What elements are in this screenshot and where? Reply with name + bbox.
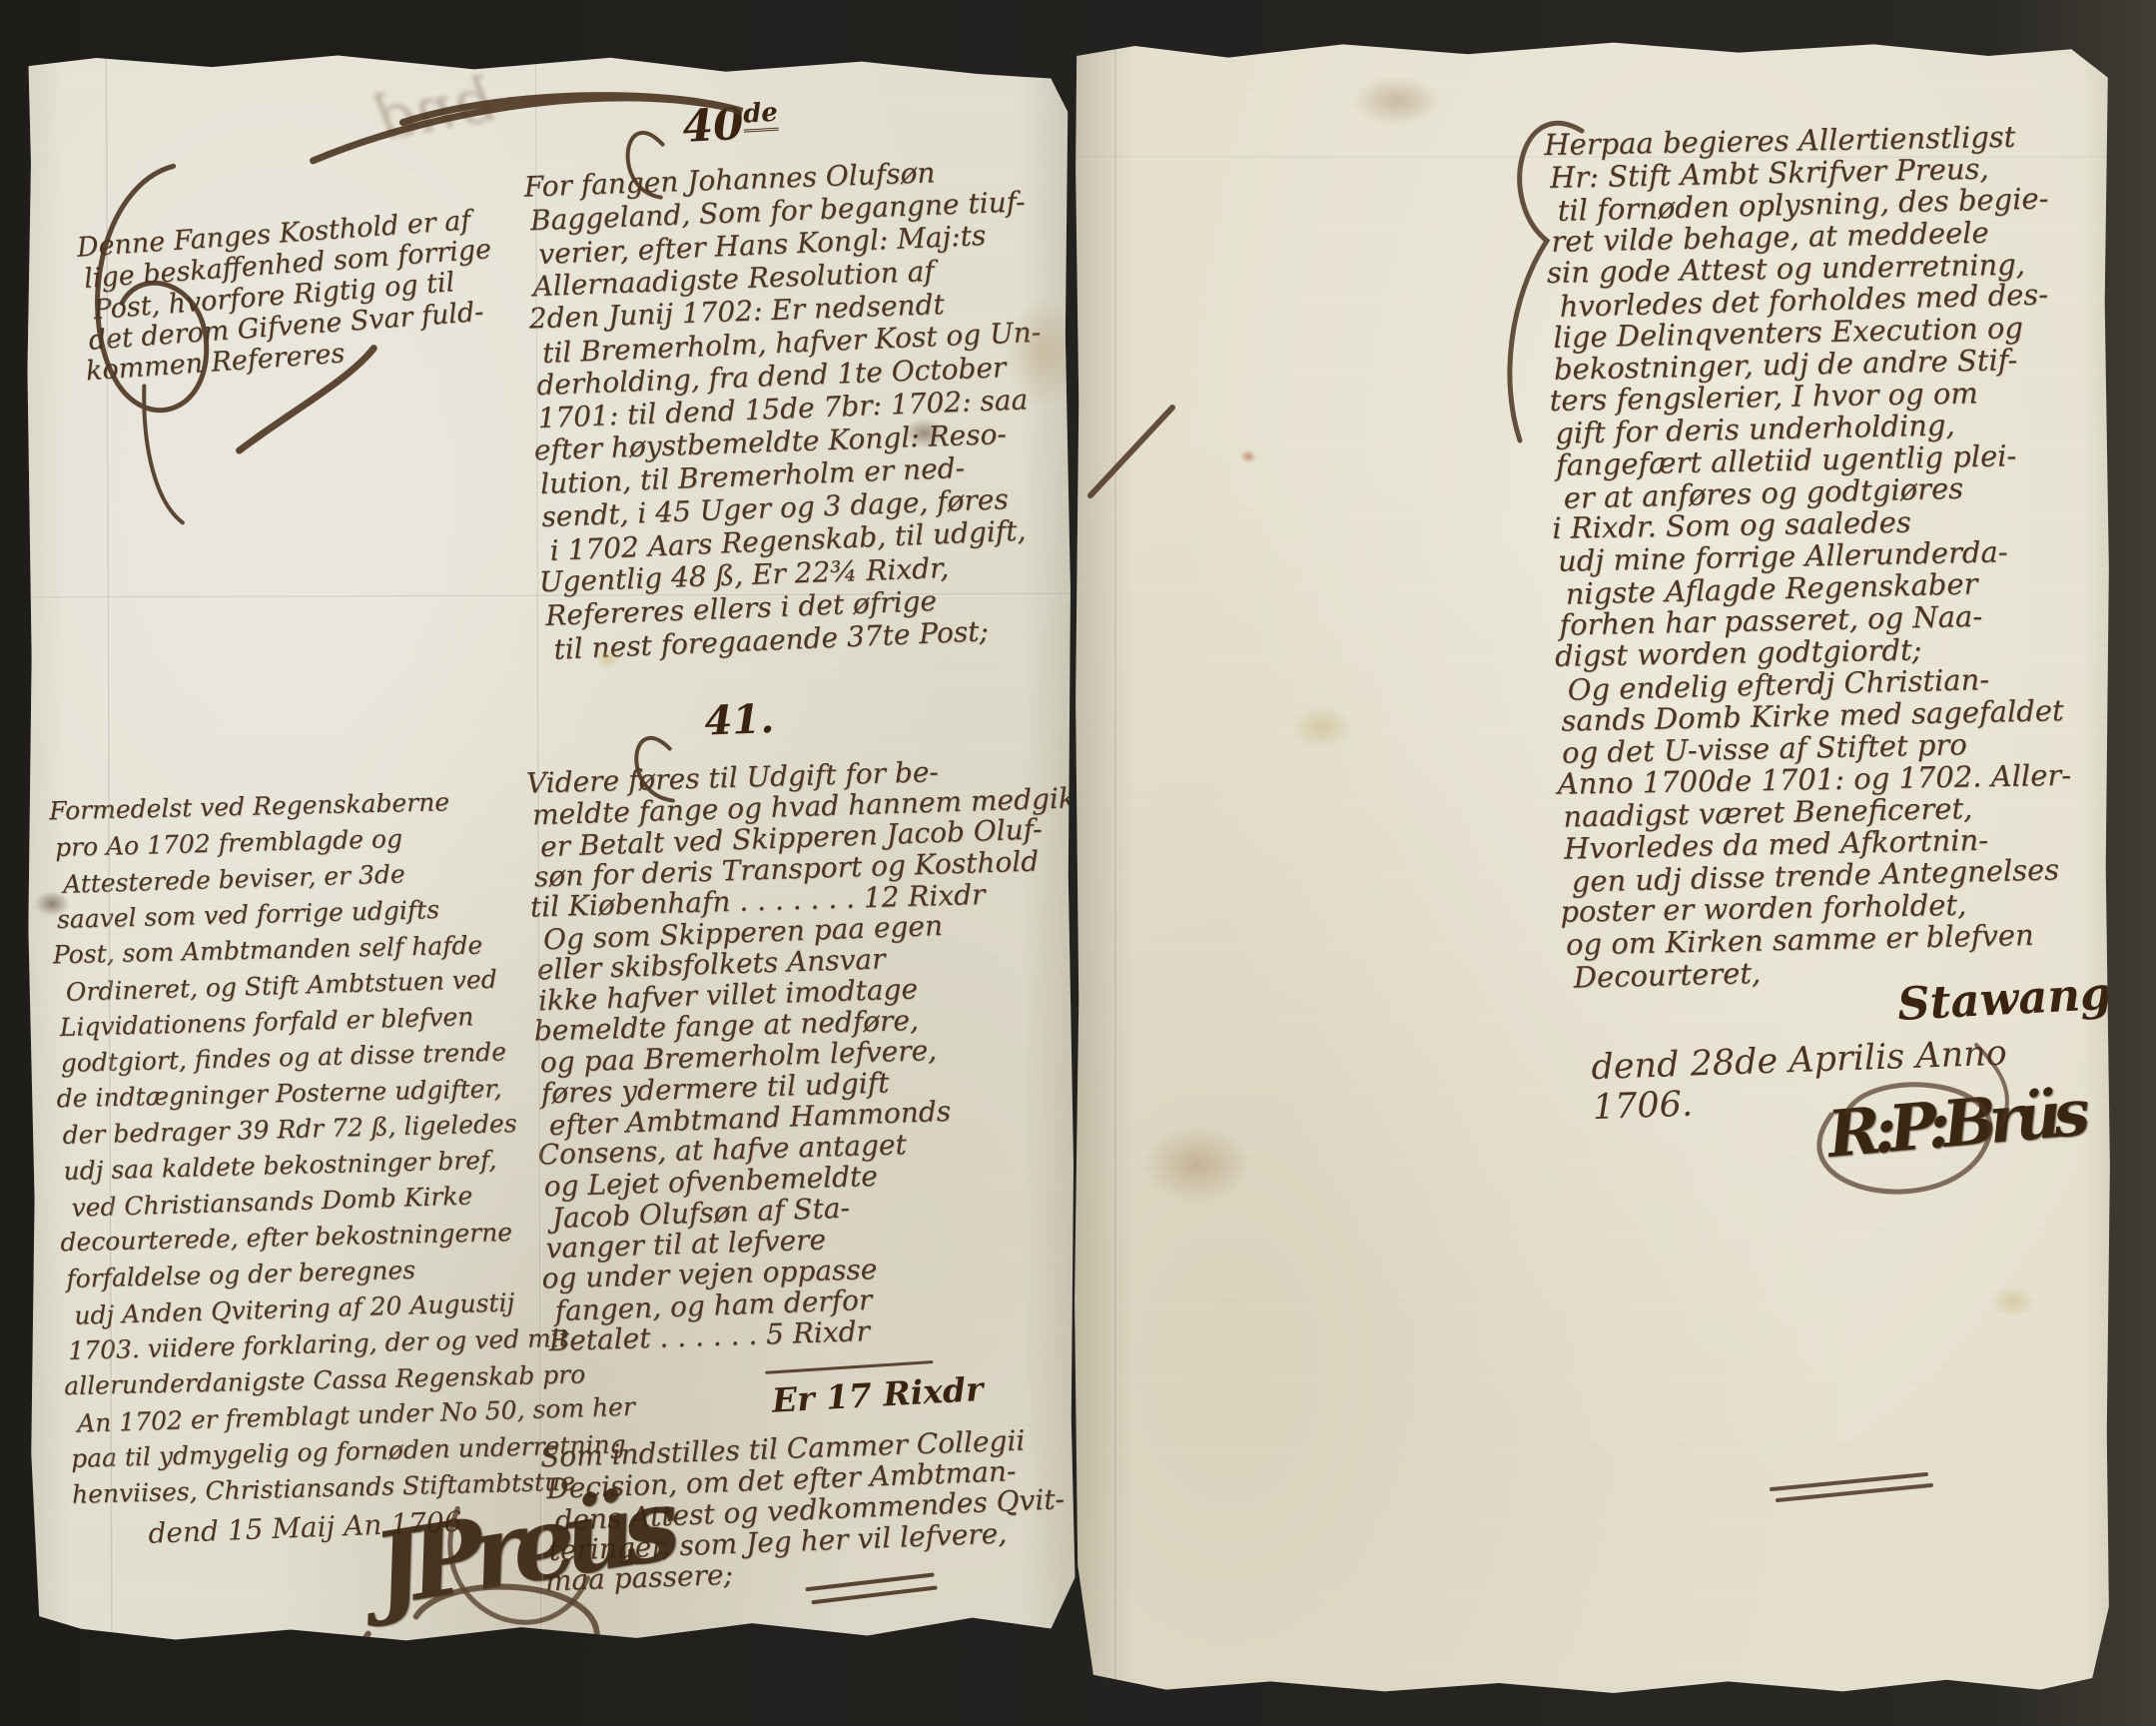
entry-40-number: 40 — [681, 99, 745, 153]
entry-41-heading: 41. — [704, 695, 775, 745]
stain — [1352, 76, 1442, 126]
entry-41-sum: Er 17 Rixdr — [771, 1369, 984, 1420]
right-page: Herpaa begieres AllertienstligstHr: Stif… — [1073, 36, 2113, 1698]
manuscript-scan: bnd Denne Fanges Kosthold er aflige besk… — [0, 0, 2156, 1726]
stain — [1292, 705, 1352, 749]
left-page: bnd Denne Fanges Kosthold er aflige besk… — [23, 48, 1078, 1645]
paper-crease — [1073, 156, 2113, 160]
entry-40-text: For fangen Johannes OlufsønBaggeland, So… — [528, 151, 1067, 665]
ink-showthrough-mark: bnd — [369, 62, 499, 155]
paper-crease — [1114, 36, 1118, 1698]
left-column-paragraph-1: Denne Fanges Kosthold er aflige beskaffe… — [81, 205, 470, 387]
stain — [1142, 1125, 1252, 1205]
entry-41-text: Videre føres til Udgift for be-meldte fa… — [531, 752, 1069, 1356]
entry-40-heading: 40de — [681, 97, 780, 153]
entry-40-ordinal: de — [742, 98, 779, 133]
right-page-text: Herpaa begieres AllertienstligstHr: Stif… — [1549, 118, 2111, 992]
stain — [1240, 449, 1256, 463]
left-column-paragraph-2: Formedelst ved Regenskabernepro Ao 1702 … — [54, 782, 532, 1513]
stain — [1991, 1285, 2035, 1318]
